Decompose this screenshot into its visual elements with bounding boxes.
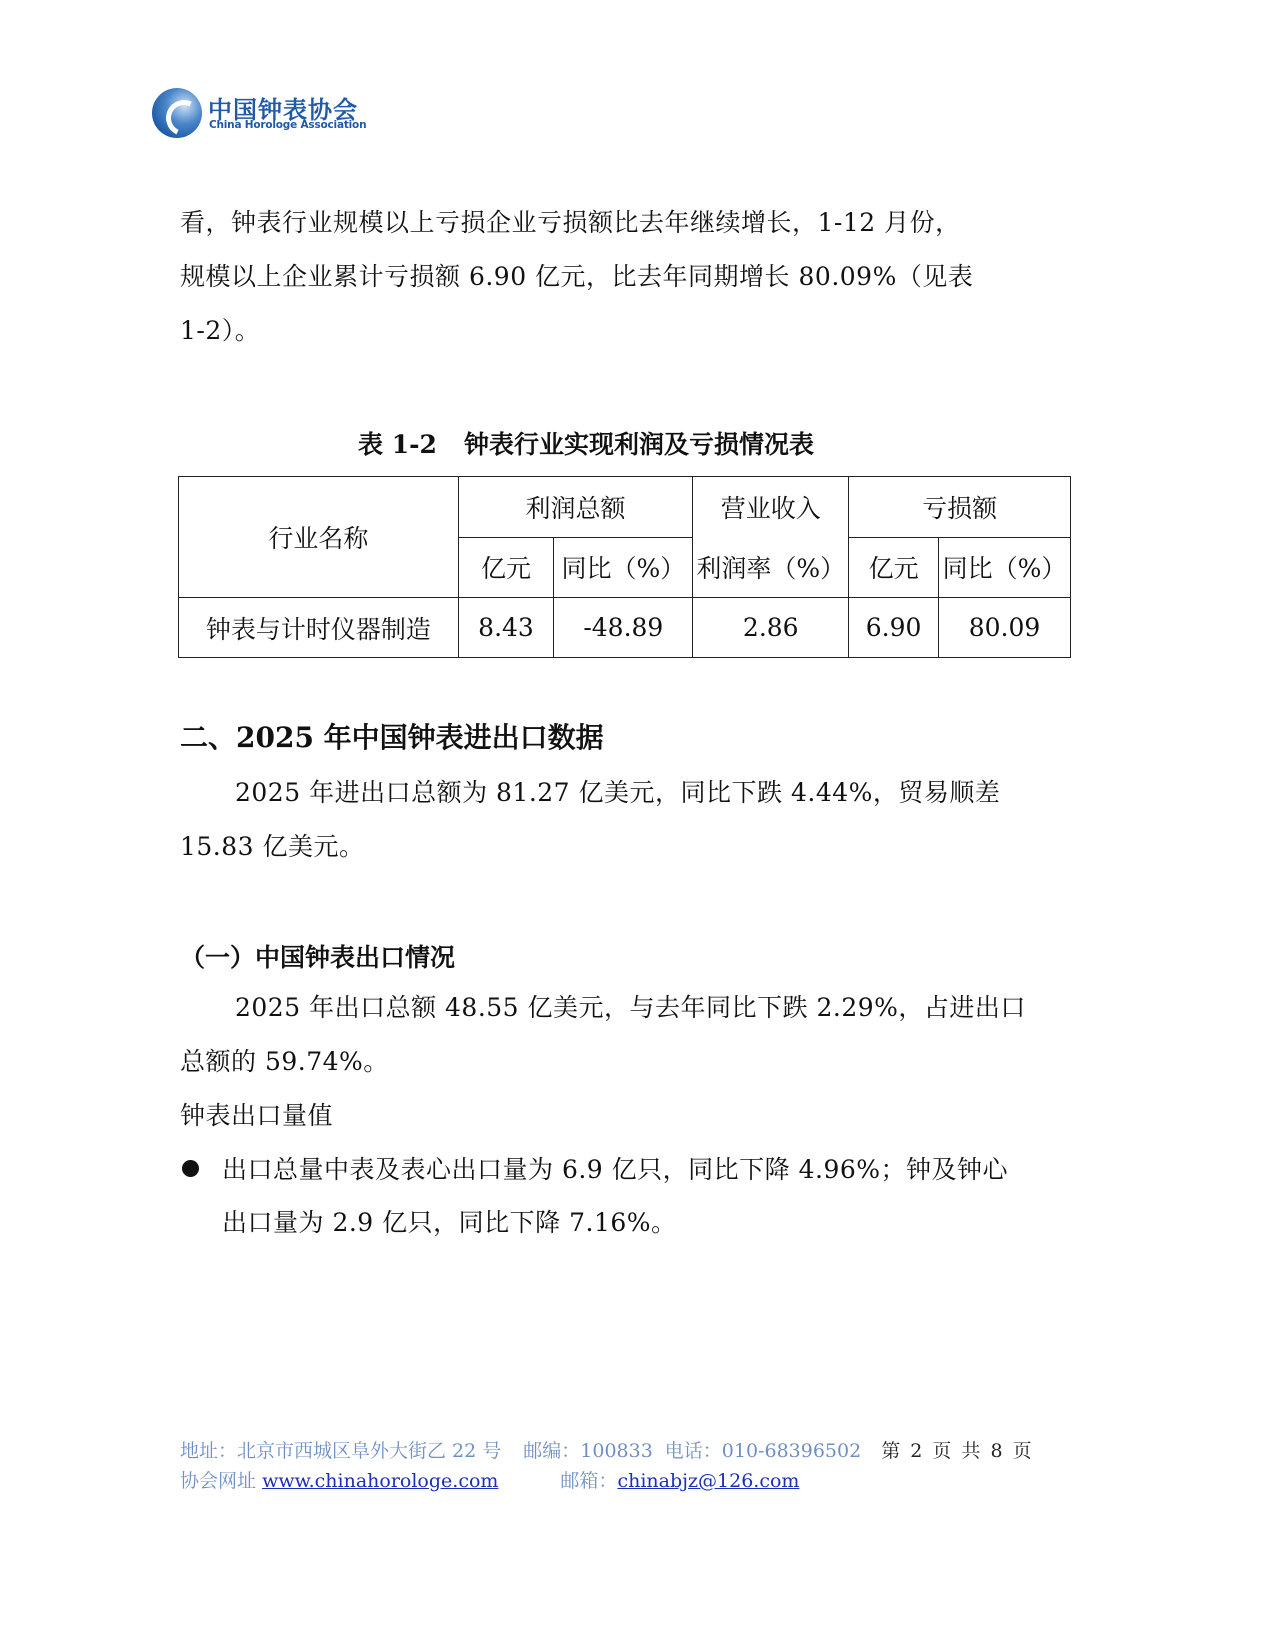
table-caption-number: 表 1-2 — [358, 425, 437, 461]
intro-line-3: 1-2）。 — [180, 316, 260, 346]
header-profit-yi: 亿元 — [458, 537, 554, 598]
header-loss-yi: 亿元 — [849, 537, 939, 598]
footer-line-1: 地址：北京市西城区阜外大街乙 22 号邮编：100833电话：010-68396… — [180, 1440, 1034, 1462]
association-logo-icon — [152, 88, 202, 138]
subsection-line-1: 2025 年出口总额 48.55 亿美元，与去年同比下跌 2.29%，占进出口 — [235, 993, 1026, 1023]
logo-swoosh-icon — [161, 95, 207, 141]
section2-line-1: 2025 年进出口总额为 81.27 亿美元，同比下跌 4.44%，贸易顺差 — [235, 778, 1000, 808]
cell-industry: 钟表与计时仪器制造 — [179, 598, 459, 658]
header-revenue: 营业收入 — [693, 477, 849, 538]
cell-profit-yi: 8.43 — [458, 598, 554, 658]
header-loss-yoy: 同比（%） — [939, 537, 1071, 598]
email-link[interactable]: chinabjz@126.com — [617, 1470, 799, 1492]
bullet-icon — [182, 1160, 199, 1177]
page-number: 第 2 页 共 8 页 — [881, 1440, 1033, 1462]
header-loss: 亏损额 — [849, 477, 1071, 538]
footer-address: 地址：北京市西城区阜外大街乙 22 号 — [180, 1440, 501, 1462]
cell-loss-yoy: 80.09 — [939, 598, 1071, 658]
section-heading: 二、2025 年中国钟表进出口数据 — [180, 716, 604, 756]
intro-line-2: 规模以上企业累计亏损额 6.90 亿元，比去年同期增长 80.09%（见表 — [180, 262, 973, 292]
cell-profit-yoy: -48.89 — [554, 598, 693, 658]
intro-line-1: 看，钟表行业规模以上亏损企业亏损额比去年继续增长，1-12 月份， — [180, 208, 961, 238]
footer-phone: 电话：010-68396502 — [665, 1440, 861, 1462]
association-logo: 中国钟表协会 China Horologe Association — [152, 86, 362, 142]
header-industry: 行业名称 — [179, 477, 459, 598]
bullet-line-1: 出口总量中表及表心出口量为 6.9 亿只，同比下降 4.96%；钟及钟心 — [222, 1155, 1008, 1185]
header-profit-yoy: 同比（%） — [554, 537, 693, 598]
bullet-line-2: 出口量为 2.9 亿只，同比下降 7.16%。 — [222, 1208, 677, 1238]
subsection-line-2: 总额的 59.74%。 — [180, 1047, 389, 1077]
table-caption-title: 钟表行业实现利润及亏损情况表 — [464, 425, 814, 461]
export-label: 钟表出口量值 — [180, 1101, 333, 1131]
header-profit-total: 利润总额 — [458, 477, 693, 538]
section2-line-2: 15.83 亿美元。 — [180, 832, 365, 862]
subsection-heading: （一）中国钟表出口情况 — [180, 938, 455, 974]
website-link[interactable]: www.chinahorologe.com — [262, 1470, 498, 1492]
footer-email-label: 邮箱： — [560, 1470, 617, 1492]
table-row: 钟表与计时仪器制造 8.43 -48.89 2.86 6.90 80.09 — [179, 598, 1071, 658]
footer-line-2: 协会网址 www.chinahorologe.com邮箱：chinabjz@12… — [180, 1470, 799, 1492]
table-header-row-1: 行业名称 利润总额 营业收入 亏损额 — [179, 477, 1071, 538]
cell-loss-yi: 6.90 — [849, 598, 939, 658]
logo-english-name: China Horologe Association — [209, 119, 366, 131]
header-profit-margin: 利润率（%） — [693, 537, 849, 598]
cell-profit-margin: 2.86 — [693, 598, 849, 658]
footer-postcode: 邮编：100833 — [523, 1440, 653, 1462]
footer-website-label: 协会网址 — [180, 1470, 256, 1492]
profit-loss-table: 行业名称 利润总额 营业收入 亏损额 亿元 同比（%） 利润率（%） 亿元 同比… — [178, 476, 1071, 658]
